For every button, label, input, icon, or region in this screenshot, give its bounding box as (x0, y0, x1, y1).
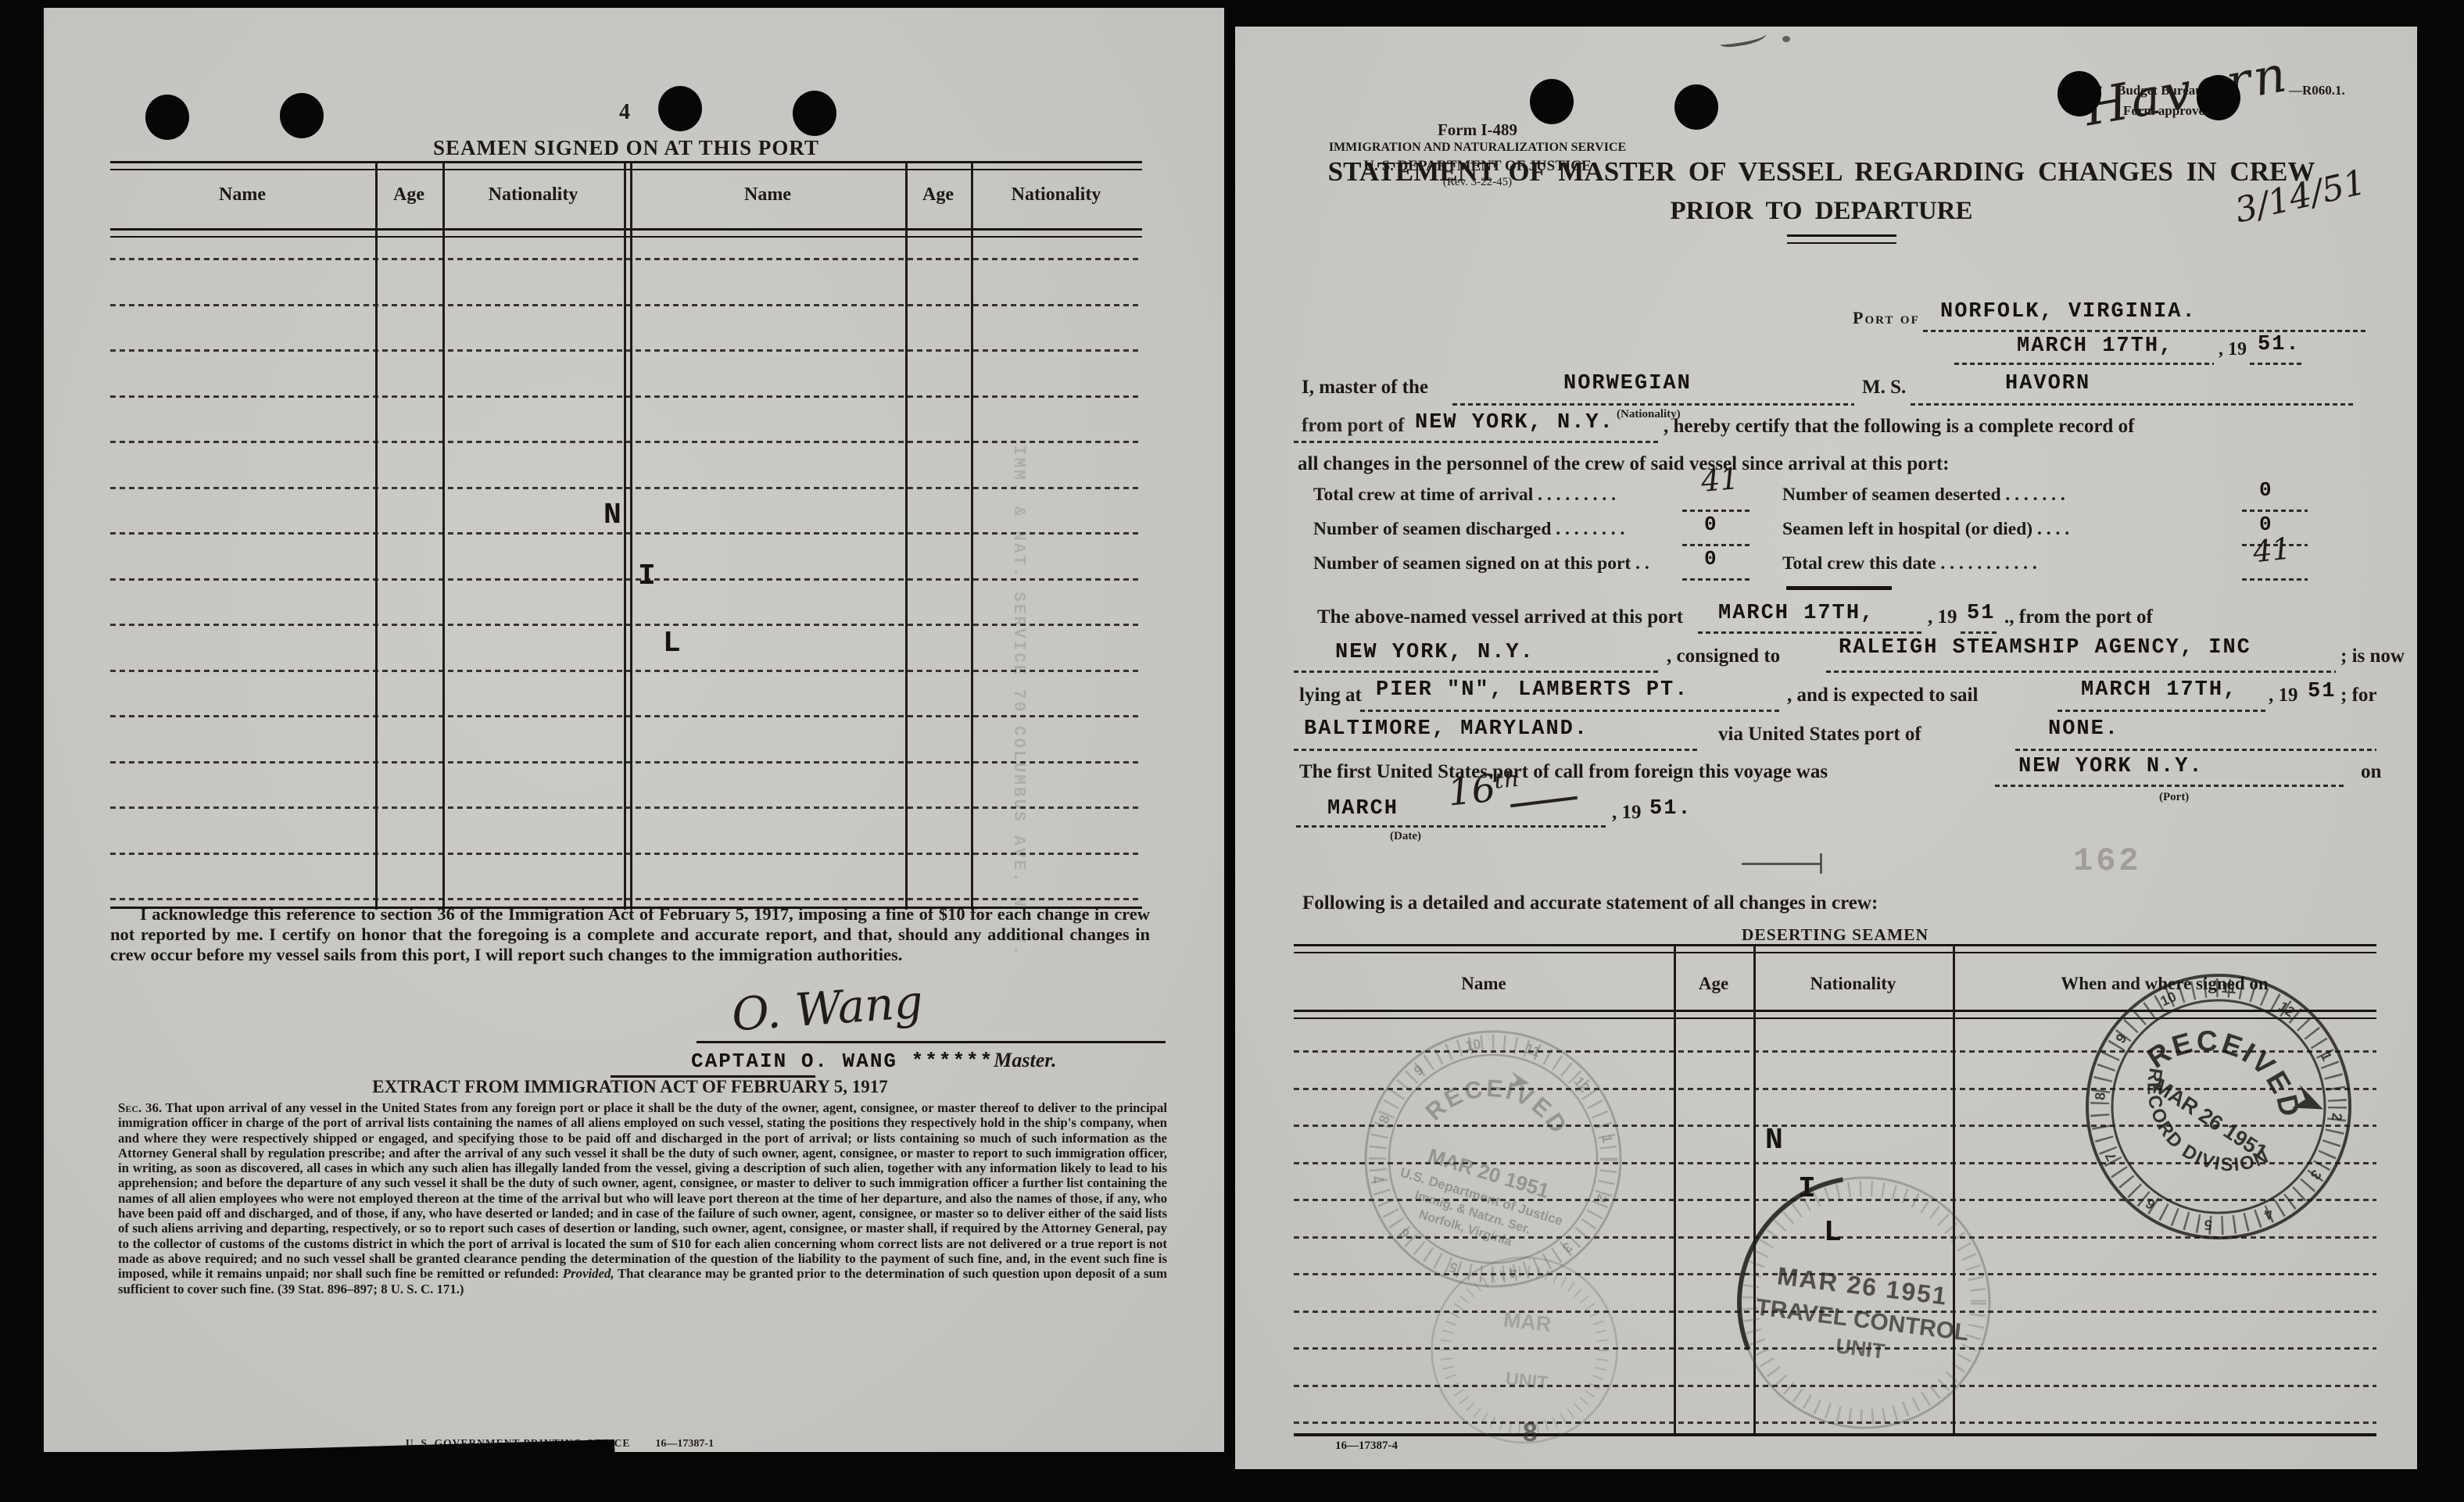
fill-line (2242, 510, 2308, 512)
fill-line (2058, 710, 2267, 712)
column-header-age: Age (905, 184, 971, 206)
norfolk-received-stamp: 121234567891011 RECEIVED MAR 20 1951 U.S… (1329, 995, 1657, 1323)
stat-label: Total crew this date . . . . . . . . . .… (1782, 553, 2037, 574)
year-label: , 19 (2269, 685, 2298, 706)
from-port-value: NEW YORK, N.Y. (1415, 411, 1614, 435)
consigned-to-label: , consigned to (1667, 646, 1780, 667)
table-divider (1674, 946, 1676, 1435)
year-label: , 19 (1612, 802, 1642, 824)
punch-hole (1674, 84, 1718, 130)
destination-value: BALTIMORE, MARYLAND. (1304, 717, 1588, 741)
extract-section-lead: Sec. 36. (118, 1100, 162, 1115)
table-row (110, 441, 1142, 443)
stamp-ring-number: 1 (2318, 1050, 2335, 1064)
expected-to-sail-label: , and is expected to sail (1787, 685, 1978, 706)
column-header-nationality: Nationality (1753, 974, 1953, 994)
nationality-value: NORWEGIAN (1563, 372, 1692, 395)
table-row (110, 806, 1142, 809)
typed-nil-i: I (638, 560, 657, 593)
table-divider (624, 163, 626, 910)
table-row (110, 670, 1142, 672)
stat-value: 0 (1704, 513, 1718, 536)
table-header-rule (110, 228, 1142, 238)
form-title-line1: STATEMENT OF MASTER OF VESSEL REGARDING … (1282, 156, 2361, 188)
form-number: Form I-489 (1321, 120, 1634, 140)
year-label: , 19 (1928, 606, 1957, 628)
fill-line (1682, 544, 1751, 546)
form-footer-code: 16—17387-4 (1335, 1439, 1398, 1453)
table-row (110, 258, 1142, 260)
right-page: Form I-489 IMMIGRATION AND NATURALIZATIO… (1235, 27, 2417, 1469)
acknowledgment-paragraph: I acknowledge this reference to section … (110, 904, 1150, 965)
stamp-ring-number: 5 (2204, 1217, 2213, 1233)
record-division-stamp: 121234567891011 RECEIVED MAR 26 1951 REC… (2047, 935, 2391, 1278)
following-statement: Following is a detailed and accurate sta… (1302, 892, 1878, 914)
stamp-ring-number: 4 (1508, 1264, 1518, 1281)
table-row (110, 853, 1142, 855)
table-row (110, 761, 1142, 764)
fill-line (1995, 785, 2345, 787)
fill-line (1294, 749, 1700, 751)
extract-title: EXTRACT FROM IMMIGRATION ACT OF FEBRUARY… (110, 1077, 1150, 1097)
table-row (110, 715, 1142, 717)
stat-label: Number of seamen signed on at this port … (1313, 553, 1649, 574)
table-divider (905, 163, 908, 910)
table-divider (971, 163, 973, 910)
extract-text: That upon arrival of any vessel in the U… (118, 1100, 1167, 1281)
signature-typed: CAPTAIN O. WANG ****** (691, 1050, 994, 1073)
travel-control-stamp: MAR 26 1951 TRAVEL CONTROL UNIT (1700, 1139, 2029, 1467)
port-caption: (Port) (2159, 791, 2189, 804)
table-row (110, 349, 1142, 352)
fill-line (1961, 631, 2000, 634)
certify-text1: , hereby certify that the following is a… (1664, 416, 2134, 438)
ms-label: M. S. (1862, 377, 1906, 399)
pencil-tick (1820, 853, 1822, 874)
vessel-name-value: HAVORN (2005, 372, 2090, 395)
stat-label: Number of seamen discharged . . . . . . … (1313, 519, 1624, 540)
year-value: 51. (1649, 797, 1692, 821)
on-label: on (2361, 761, 2381, 783)
stamp-ring-number: 7 (1371, 1174, 1388, 1184)
port-of-value: NORFOLK, VIRGINIA. (1940, 300, 2197, 324)
first-port-value: NEW YORK N.Y. (2018, 755, 2204, 778)
column-header-name: Name (1294, 974, 1674, 994)
stat-value-handwritten: 41 (2251, 531, 2293, 570)
stamp-ring-number: 3 (1560, 1239, 1576, 1256)
table-row (110, 395, 1142, 398)
fill-line (1360, 710, 1782, 712)
fill-line (2242, 578, 2308, 581)
stamp-unit: UNIT (1835, 1334, 1887, 1364)
table-divider (442, 163, 445, 910)
signature-master-label: Master. (994, 1049, 1056, 1071)
typed-nil-n: N (603, 499, 623, 532)
year-label: , 19 (2219, 339, 2247, 360)
table-row (110, 487, 1142, 489)
column-header-name: Name (109, 184, 375, 206)
punch-hole (145, 95, 189, 140)
typed-nil-l: L (663, 627, 682, 660)
stamp-ring-number: 4 (2262, 1206, 2276, 1223)
extract-body: Sec. 36. That upon arrival of any vessel… (118, 1100, 1167, 1296)
table-divider (630, 163, 632, 910)
call-month-value: MARCH (1327, 797, 1399, 821)
stamp-number: 8 (1523, 1418, 1538, 1447)
for-label: ; for (2340, 685, 2377, 706)
column-header-age: Age (375, 184, 442, 206)
fill-line (1296, 825, 1607, 828)
vessel-arrived-label: The above-named vessel arrived at this p… (1317, 606, 1683, 628)
first-port-label: The first United States port of call fro… (1299, 761, 1828, 783)
year-value: 51. (2258, 333, 2301, 356)
fill-line (1826, 671, 2336, 673)
table-row (110, 578, 1142, 581)
fill-line (1923, 330, 2369, 332)
consignee-value: RALEIGH STEAMSHIP AGENCY, INC (1839, 636, 2251, 660)
date-caption: (Date) (1390, 830, 1421, 843)
pencil-line (1742, 863, 1820, 865)
left-page: 4 SEAMEN SIGNED ON AT THIS PORT Name Age… (44, 8, 1224, 1452)
column-header-nationality: Nationality (442, 184, 624, 206)
stat-label: Seamen left in hospital (or died) . . . … (1782, 519, 2069, 540)
form-title-line2: PRIOR TO DEPARTURE (1282, 197, 2361, 226)
punch-hole (280, 93, 324, 138)
fill-line (1682, 510, 1751, 512)
sail-date-value: MARCH 17TH, (2081, 678, 2237, 702)
master-signature: O. Wang (730, 975, 925, 1042)
lying-at-label: lying at (1299, 685, 1362, 706)
fill-line (2250, 363, 2303, 365)
fill-line (1954, 363, 2214, 365)
date-value: MARCH 17TH, (2017, 334, 2173, 358)
stamp-ring-number: 8 (2092, 1092, 2108, 1101)
stamp-ring-number: 6 (1396, 1225, 1413, 1242)
table-divider (375, 163, 378, 910)
via-port-label: via United States port of (1718, 724, 1921, 746)
arrival-date-value: MARCH 17TH, (1718, 602, 1875, 625)
scanned-document: 4 SEAMEN SIGNED ON AT THIS PORT Name Age… (0, 0, 2464, 1502)
gpo-footer-code: 16—17387-1 (655, 1438, 714, 1450)
column-header-name: Name (630, 184, 905, 206)
fill-line (2015, 749, 2376, 751)
stamp-ring-number: 10 (1464, 1036, 1482, 1054)
punch-hole (658, 86, 702, 131)
pier-value: PIER "N", LAMBERTS PT. (1376, 678, 1689, 702)
left-table-title: SEAMEN SIGNED ON AT THIS PORT (110, 136, 1142, 160)
ink-transfer-ghost-text: IMM. & NAT. SERVICE 70 COLUMBUS AVE. N. … (1009, 445, 1027, 957)
stat-label: Total crew at time of arrival . . . . . … (1313, 485, 1616, 506)
stamp-ring-number: 11 (2221, 980, 2237, 997)
stamp-ring-number: 1 (1599, 1134, 1615, 1144)
agency-line1: IMMIGRATION AND NATURALIZATION SERVICE (1259, 141, 1696, 155)
page-number: 4 (619, 100, 630, 125)
table-top-rule (110, 161, 1142, 170)
table-row (110, 304, 1142, 306)
handwritten-vessel-name: Havorn (2080, 45, 2294, 138)
fill-line (1294, 441, 1660, 443)
stat-value: 0 (2259, 478, 2273, 502)
table-row (110, 898, 1142, 900)
is-now-label: ; is now (2340, 646, 2405, 667)
fill-line (1682, 578, 1751, 581)
from-port-value: NEW YORK, N.Y. (1335, 641, 1535, 664)
fill-line (1294, 671, 1661, 673)
punch-hole (1530, 79, 1574, 124)
stamp-unit: UNIT (1505, 1368, 1549, 1393)
stat-label: Number of seamen deserted . . . . . . . (1782, 485, 2065, 506)
section-bar (1786, 586, 1892, 590)
from-port-label: from port of (1302, 415, 1404, 437)
stat-value-handwritten: 41 (1699, 461, 1740, 499)
certify-text2: all changes in the personnel of the crew… (1298, 453, 1950, 475)
pen-scribble (1719, 28, 1767, 48)
column-header-age: Age (1674, 974, 1753, 994)
table-row (110, 532, 1142, 535)
fill-line (1698, 631, 1923, 634)
punch-hole (2058, 71, 2101, 116)
year-value: 51 (2308, 680, 2336, 703)
column-header-nationality: Nationality (971, 184, 1141, 206)
master-of-label: I, master of the (1302, 377, 1428, 399)
year-value: 51 (1967, 602, 1995, 625)
left-table-rows (110, 258, 1142, 907)
pen-scribble (1782, 36, 1790, 42)
stamp-ring-number: 3 (2307, 1167, 2324, 1182)
signature-typed-line: CAPTAIN O. WANG ******Master. (691, 1049, 1056, 1073)
budget-bureau-number: —R060.1. (2289, 83, 2345, 98)
title-underline (1787, 234, 1896, 244)
pencil-number: 162 (2073, 842, 2142, 880)
via-port-value: NONE. (2048, 717, 2119, 741)
table-row (110, 624, 1142, 626)
stamp-ring-number: 2 (2329, 1112, 2345, 1121)
fill-line (1452, 403, 1854, 406)
fill-line (1911, 403, 2353, 406)
extract-provided: Provided, (563, 1266, 614, 1281)
punch-hole (2197, 75, 2240, 120)
stamp-ring-number: 11 (1523, 1040, 1542, 1060)
port-of-label: Port of (1853, 308, 1920, 328)
from-port-of-label: ., from the port of (2004, 606, 2153, 628)
signature-rule (697, 1041, 1166, 1043)
stat-value: 0 (1704, 547, 1718, 570)
punch-hole (793, 91, 836, 136)
